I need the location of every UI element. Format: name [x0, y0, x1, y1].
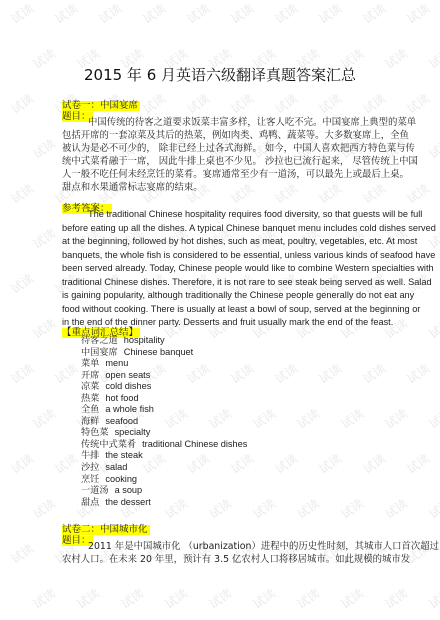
- document-title: 2015 年 6 月英语六级翻译真题答案汇总: [0, 64, 440, 85]
- vocab-item: 甜点the dessert: [81, 497, 247, 509]
- vocab-item: 待客之道hospitality: [81, 335, 247, 347]
- document-page: 2015 年 6 月英语六级翻译真题答案汇总 试卷一：中国宴席 题目： 中国传统…: [0, 0, 440, 620]
- vocab-item: 海鲜seafood: [81, 416, 247, 428]
- vocab-item: 一道汤a soup: [81, 485, 247, 497]
- vocab-item: 烹饪cooking: [81, 474, 247, 486]
- vocab-item: 特色菜specialty: [81, 427, 247, 439]
- vocab-item: 菜单menu: [81, 358, 247, 370]
- section2-question-text: 2011 年是中国城市化 （urbanization）进程中的历史性时刻，其城市…: [62, 540, 392, 566]
- vocab-item: 中国宴席Chinese banquet: [81, 347, 247, 359]
- vocab-item: 热菜hot food: [81, 393, 247, 405]
- vocab-item: 全鱼a whole fish: [81, 404, 247, 416]
- vocab-item: 沙拉salad: [81, 462, 247, 474]
- vocab-item: 开席open seats: [81, 370, 247, 382]
- section1-question-text: 中国传统的待客之道要求饭菜丰富多样，让客人吃不完。中国宴席上典型的菜单 包括开席…: [62, 116, 392, 195]
- section1-answer-text: The traditional Chinese hospitality requ…: [62, 208, 398, 330]
- vocab-item: 传统中式菜肴traditional Chinese dishes: [81, 439, 247, 451]
- vocab-item: 凉菜cold dishes: [81, 381, 247, 393]
- vocab-list: 待客之道hospitality 中国宴席Chinese banquet 菜单me…: [81, 335, 247, 508]
- vocab-item: 牛排the steak: [81, 450, 247, 462]
